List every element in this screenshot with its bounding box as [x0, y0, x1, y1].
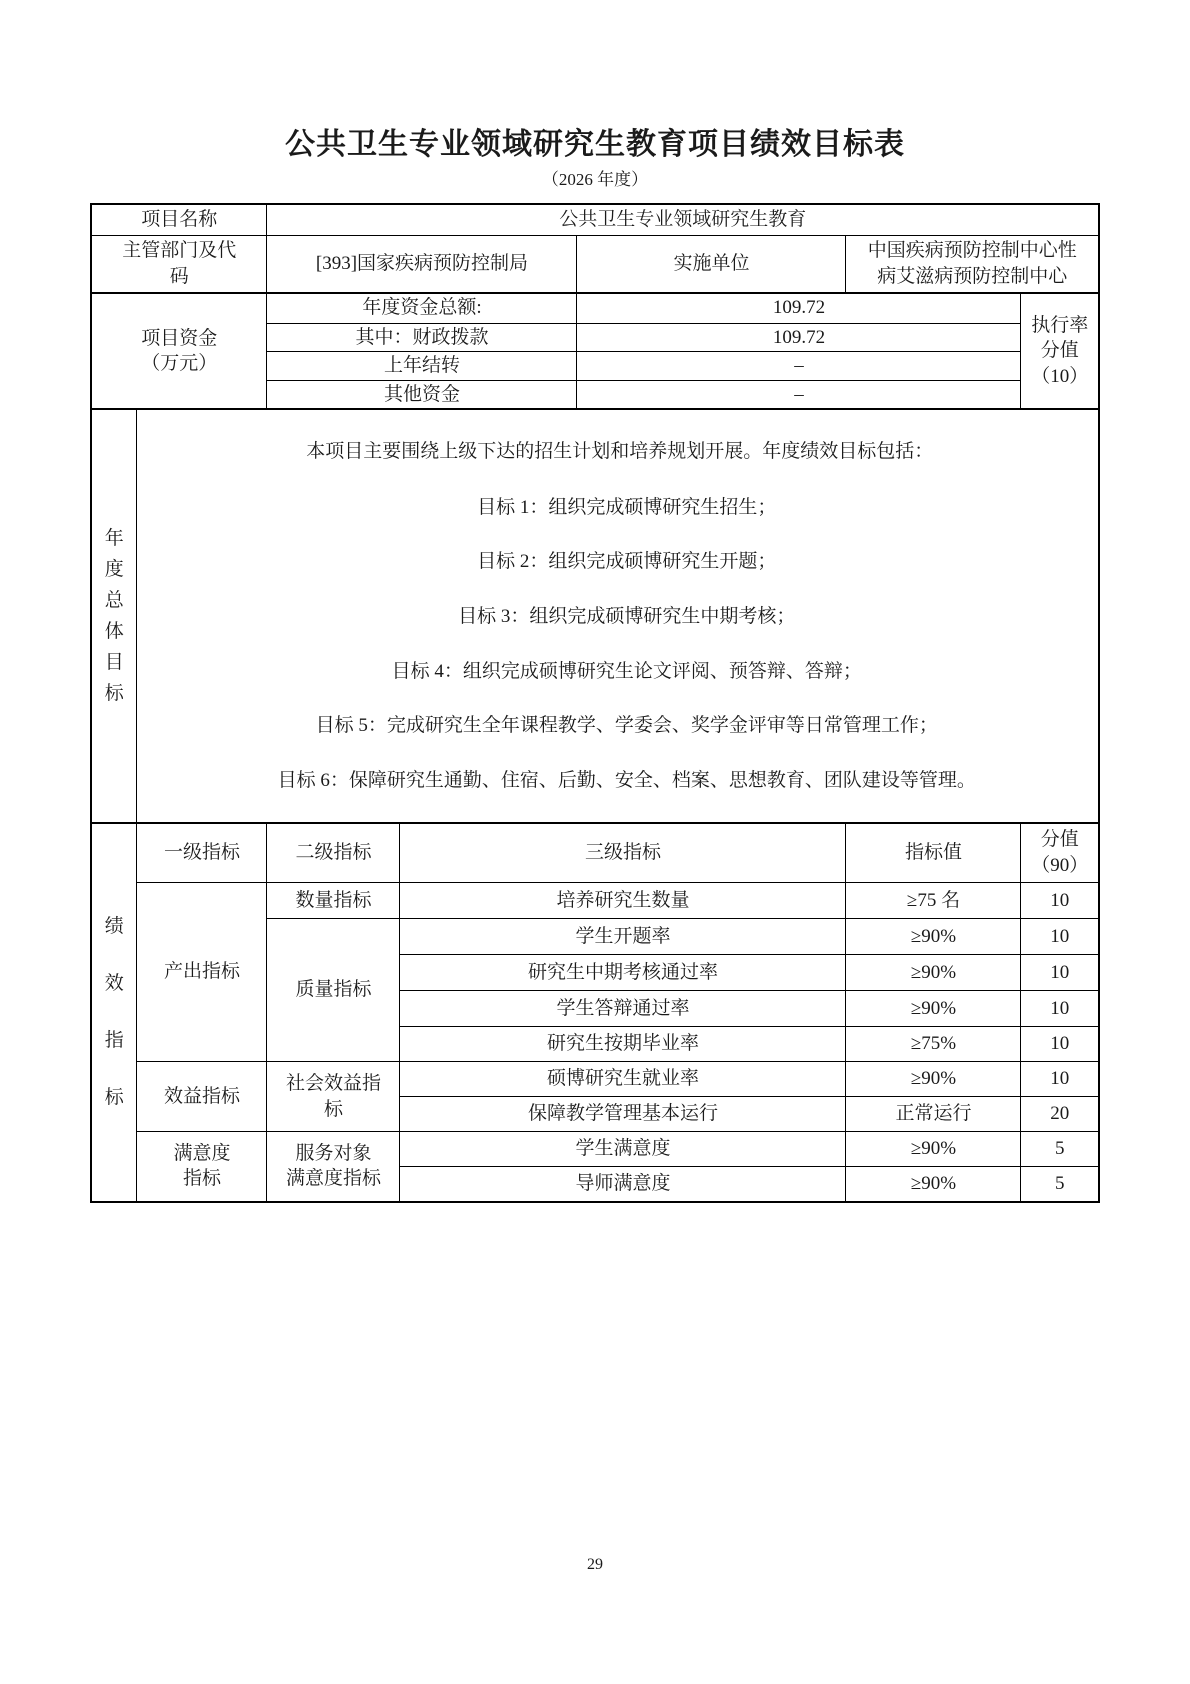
page-title: 公共卫生专业领域研究生教育项目绩效目标表	[0, 0, 1190, 164]
fund-total-value: 109.72	[577, 293, 1021, 323]
indicator-header-row: 绩效指标 一级指标 二级指标 三级指标 指标值 分值 （90）	[91, 823, 1099, 883]
goal-line: 目标 4：组织完成硕博研究生论文评阅、预答辩、答辩；	[141, 657, 1094, 686]
exec-rate-score-label: 执行率 分值 （10）	[1021, 293, 1099, 409]
fund-carryover-label: 上年结转	[267, 352, 577, 381]
department-row: 主管部门及代 码 [393]国家疾病预防控制局 实施单位 中国疾病预防控制中心性…	[91, 235, 1099, 293]
indicator-score: 10	[1021, 1062, 1099, 1097]
header-score: 分值 （90）	[1021, 823, 1099, 883]
indicator-value: ≥90%	[846, 991, 1021, 1027]
header-indicator-value: 指标值	[846, 823, 1021, 883]
indicator-name: 硕博研究生就业率	[400, 1062, 846, 1097]
indicator-value: ≥90%	[846, 1167, 1021, 1202]
goal-line: 目标 5：完成研究生全年课程教学、学委会、奖学金评审等日常管理工作；	[141, 711, 1094, 740]
indicator-value: 正常运行	[846, 1097, 1021, 1132]
indicator-name: 导师满意度	[400, 1167, 846, 1202]
fund-total-label: 年度资金总额:	[267, 293, 577, 323]
funds-label: 项目资金 （万元）	[91, 293, 267, 409]
project-name-label: 项目名称	[91, 204, 267, 235]
annual-goals-label: 年度总体目标	[91, 409, 137, 822]
indicator-value: ≥90%	[846, 1062, 1021, 1097]
page-number: 29	[0, 1556, 1190, 1574]
indicator-value: ≥75%	[846, 1027, 1021, 1062]
dept-code-label: 主管部门及代 码	[91, 235, 267, 293]
goal-line: 目标 2：组织完成硕博研究生开题；	[141, 547, 1094, 576]
indicator-value: ≥75 名	[846, 883, 1021, 919]
indicator-name: 学生开题率	[400, 919, 846, 955]
project-name-row: 项目名称 公共卫生专业领域研究生教育	[91, 204, 1099, 235]
indicator-value: ≥90%	[846, 1132, 1021, 1167]
indicator-name: 学生满意度	[400, 1132, 846, 1167]
l1-group-satisfaction: 满意度 指标	[137, 1132, 267, 1202]
project-name-value: 公共卫生专业领域研究生教育	[267, 204, 1099, 235]
indicator-score: 10	[1021, 991, 1099, 1027]
indicator-value: ≥90%	[846, 919, 1021, 955]
annual-goals-content: 本项目主要围绕上级下达的招生计划和培养规划开展。年度绩效目标包括： 目标 1：组…	[137, 409, 1099, 822]
indicator-name: 保障教学管理基本运行	[400, 1097, 846, 1132]
header-level1: 一级指标	[137, 823, 267, 883]
indicator-row: 满意度 指标 服务对象 满意度指标 学生满意度 ≥90% 5	[91, 1132, 1099, 1167]
goal-line: 目标 6：保障研究生通勤、住宿、后勤、安全、档案、思想教育、团队建设等管理。	[141, 766, 1094, 795]
impl-unit-value: 中国疾病预防控制中心性 病艾滋病预防控制中心	[846, 235, 1099, 293]
indicator-row: 效益指标 社会效益指 标 硕博研究生就业率 ≥90% 10	[91, 1062, 1099, 1097]
page-subtitle: （2026 年度）	[0, 169, 1190, 191]
indicator-score: 10	[1021, 1027, 1099, 1062]
fund-other-value: –	[577, 380, 1021, 409]
indicator-score: 5	[1021, 1167, 1099, 1202]
performance-indicators-label: 绩效指标	[91, 823, 137, 1202]
indicator-score: 20	[1021, 1097, 1099, 1132]
indicator-score: 10	[1021, 955, 1099, 991]
goal-line: 目标 3：组织完成硕博研究生中期考核；	[141, 602, 1094, 631]
fund-row: 项目资金 （万元） 年度资金总额: 109.72 执行率 分值 （10）	[91, 293, 1099, 323]
annual-goals-row: 年度总体目标 本项目主要围绕上级下达的招生计划和培养规划开展。年度绩效目标包括：…	[91, 409, 1099, 822]
indicator-name: 研究生中期考核通过率	[400, 955, 846, 991]
indicator-score: 10	[1021, 919, 1099, 955]
indicator-row: 产出指标 数量指标 培养研究生数量 ≥75 名 10	[91, 883, 1099, 919]
performance-target-table: 项目名称 公共卫生专业领域研究生教育 主管部门及代 码 [393]国家疾病预防控…	[90, 203, 1100, 1203]
header-level3: 三级指标	[400, 823, 846, 883]
indicator-value: ≥90%	[846, 955, 1021, 991]
indicator-name: 研究生按期毕业率	[400, 1027, 846, 1062]
l2-group-social-benefit: 社会效益指 标	[267, 1062, 400, 1132]
indicator-name: 培养研究生数量	[400, 883, 846, 919]
l2-group-quality: 质量指标	[267, 919, 400, 1062]
indicator-score: 10	[1021, 883, 1099, 919]
l1-group-output: 产出指标	[137, 883, 267, 1062]
l2-group-quantity: 数量指标	[267, 883, 400, 919]
l1-group-benefit: 效益指标	[137, 1062, 267, 1132]
fund-carryover-value: –	[577, 352, 1021, 381]
fund-fiscal-value: 109.72	[577, 323, 1021, 352]
l2-group-service-satisfaction: 服务对象 满意度指标	[267, 1132, 400, 1202]
goal-line: 目标 1：组织完成硕博研究生招生；	[141, 493, 1094, 522]
fund-fiscal-label: 其中：财政拨款	[267, 323, 577, 352]
indicator-name: 学生答辩通过率	[400, 991, 846, 1027]
indicator-score: 5	[1021, 1132, 1099, 1167]
dept-code-value: [393]国家疾病预防控制局	[267, 235, 577, 293]
annual-goals-intro: 本项目主要围绕上级下达的招生计划和培养规划开展。年度绩效目标包括：	[141, 437, 1094, 467]
fund-other-label: 其他资金	[267, 380, 577, 409]
impl-unit-label: 实施单位	[577, 235, 846, 293]
header-level2: 二级指标	[267, 823, 400, 883]
